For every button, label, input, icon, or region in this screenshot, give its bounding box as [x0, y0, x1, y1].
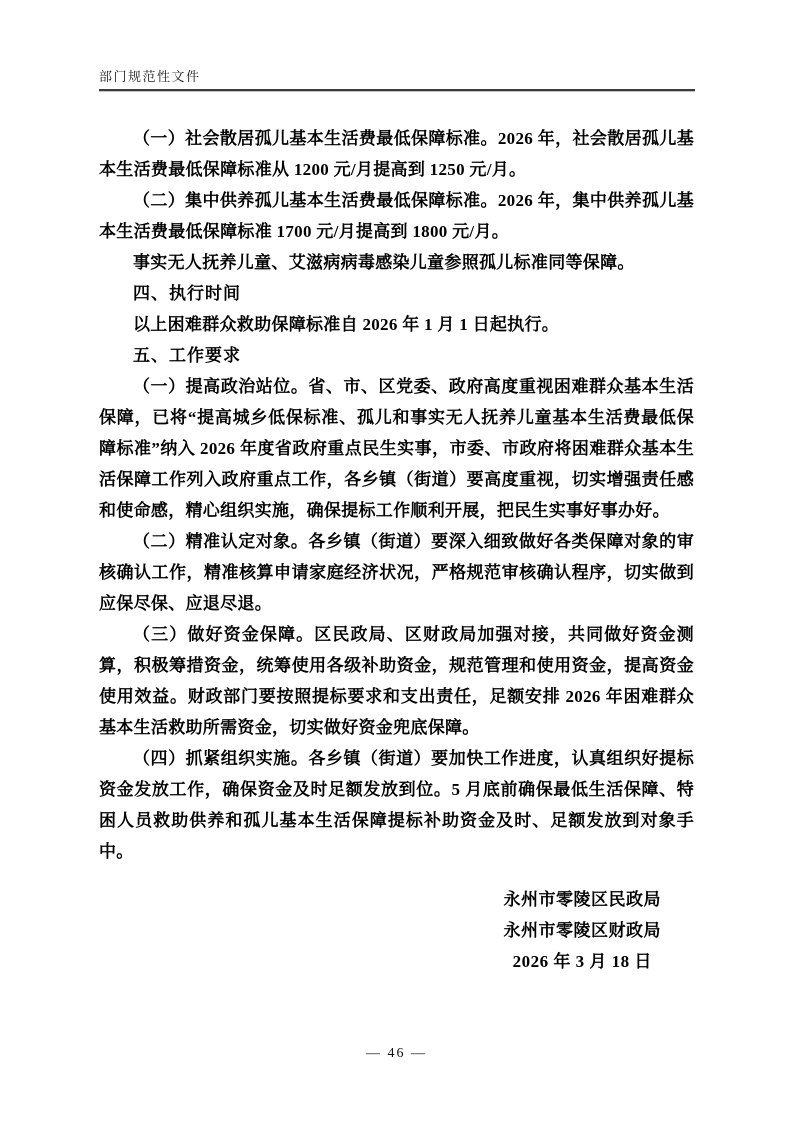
- signature-date: 2026 年 3 月 18 日: [504, 946, 662, 977]
- paragraph: （四）抓紧组织实施。各乡镇（街道）要加快工作进度，认真组织好提标资金发放工作，确…: [99, 743, 694, 867]
- paragraph: 事实无人抚养儿童、艾滋病病毒感染儿童参照孤儿标准同等保障。: [99, 247, 694, 278]
- paragraph: （二）精准认定对象。各乡镇（街道）要深入细致做好各类保障对象的审核确认工作，精准…: [99, 526, 694, 619]
- signature-block: 永州市零陵区民政局 永州市零陵区财政局 2026 年 3 月 18 日: [504, 884, 662, 977]
- paragraph: （一）社会散居孤儿基本生活费最低保障标准。2026 年，社会散居孤儿基本生活费最…: [99, 123, 694, 185]
- paragraph: 以上困难群众救助保障标准自 2026 年 1 月 1 日起执行。: [99, 309, 694, 340]
- paragraph: （一）提高政治站位。省、市、区党委、政府高度重视困难群众基本生活保障，已将“提高…: [99, 371, 694, 526]
- document-body: （一）社会散居孤儿基本生活费最低保障标准。2026 年，社会散居孤儿基本生活费最…: [99, 123, 694, 867]
- signature-org-civil-affairs: 永州市零陵区民政局: [504, 884, 662, 915]
- header-rule: [99, 89, 695, 91]
- page-number: — 46 —: [0, 1044, 793, 1064]
- signature-org-finance: 永州市零陵区财政局: [504, 915, 662, 946]
- paragraph: （三）做好资金保障。区民政局、区财政局加强对接，共同做好资金测算，积极筹措资金，…: [99, 619, 694, 743]
- paragraph: （二）集中供养孤儿基本生活费最低保障标准。2026 年，集中供养孤儿基本生活费最…: [99, 185, 694, 247]
- section-heading: 四、执行时间: [99, 278, 694, 309]
- running-header: 部门规范性文件: [99, 66, 695, 91]
- header-label: 部门规范性文件: [99, 66, 695, 89]
- document-page: 部门规范性文件 （一）社会散居孤儿基本生活费最低保障标准。2026 年，社会散居…: [0, 0, 793, 1122]
- section-heading: 五、工作要求: [99, 340, 694, 371]
